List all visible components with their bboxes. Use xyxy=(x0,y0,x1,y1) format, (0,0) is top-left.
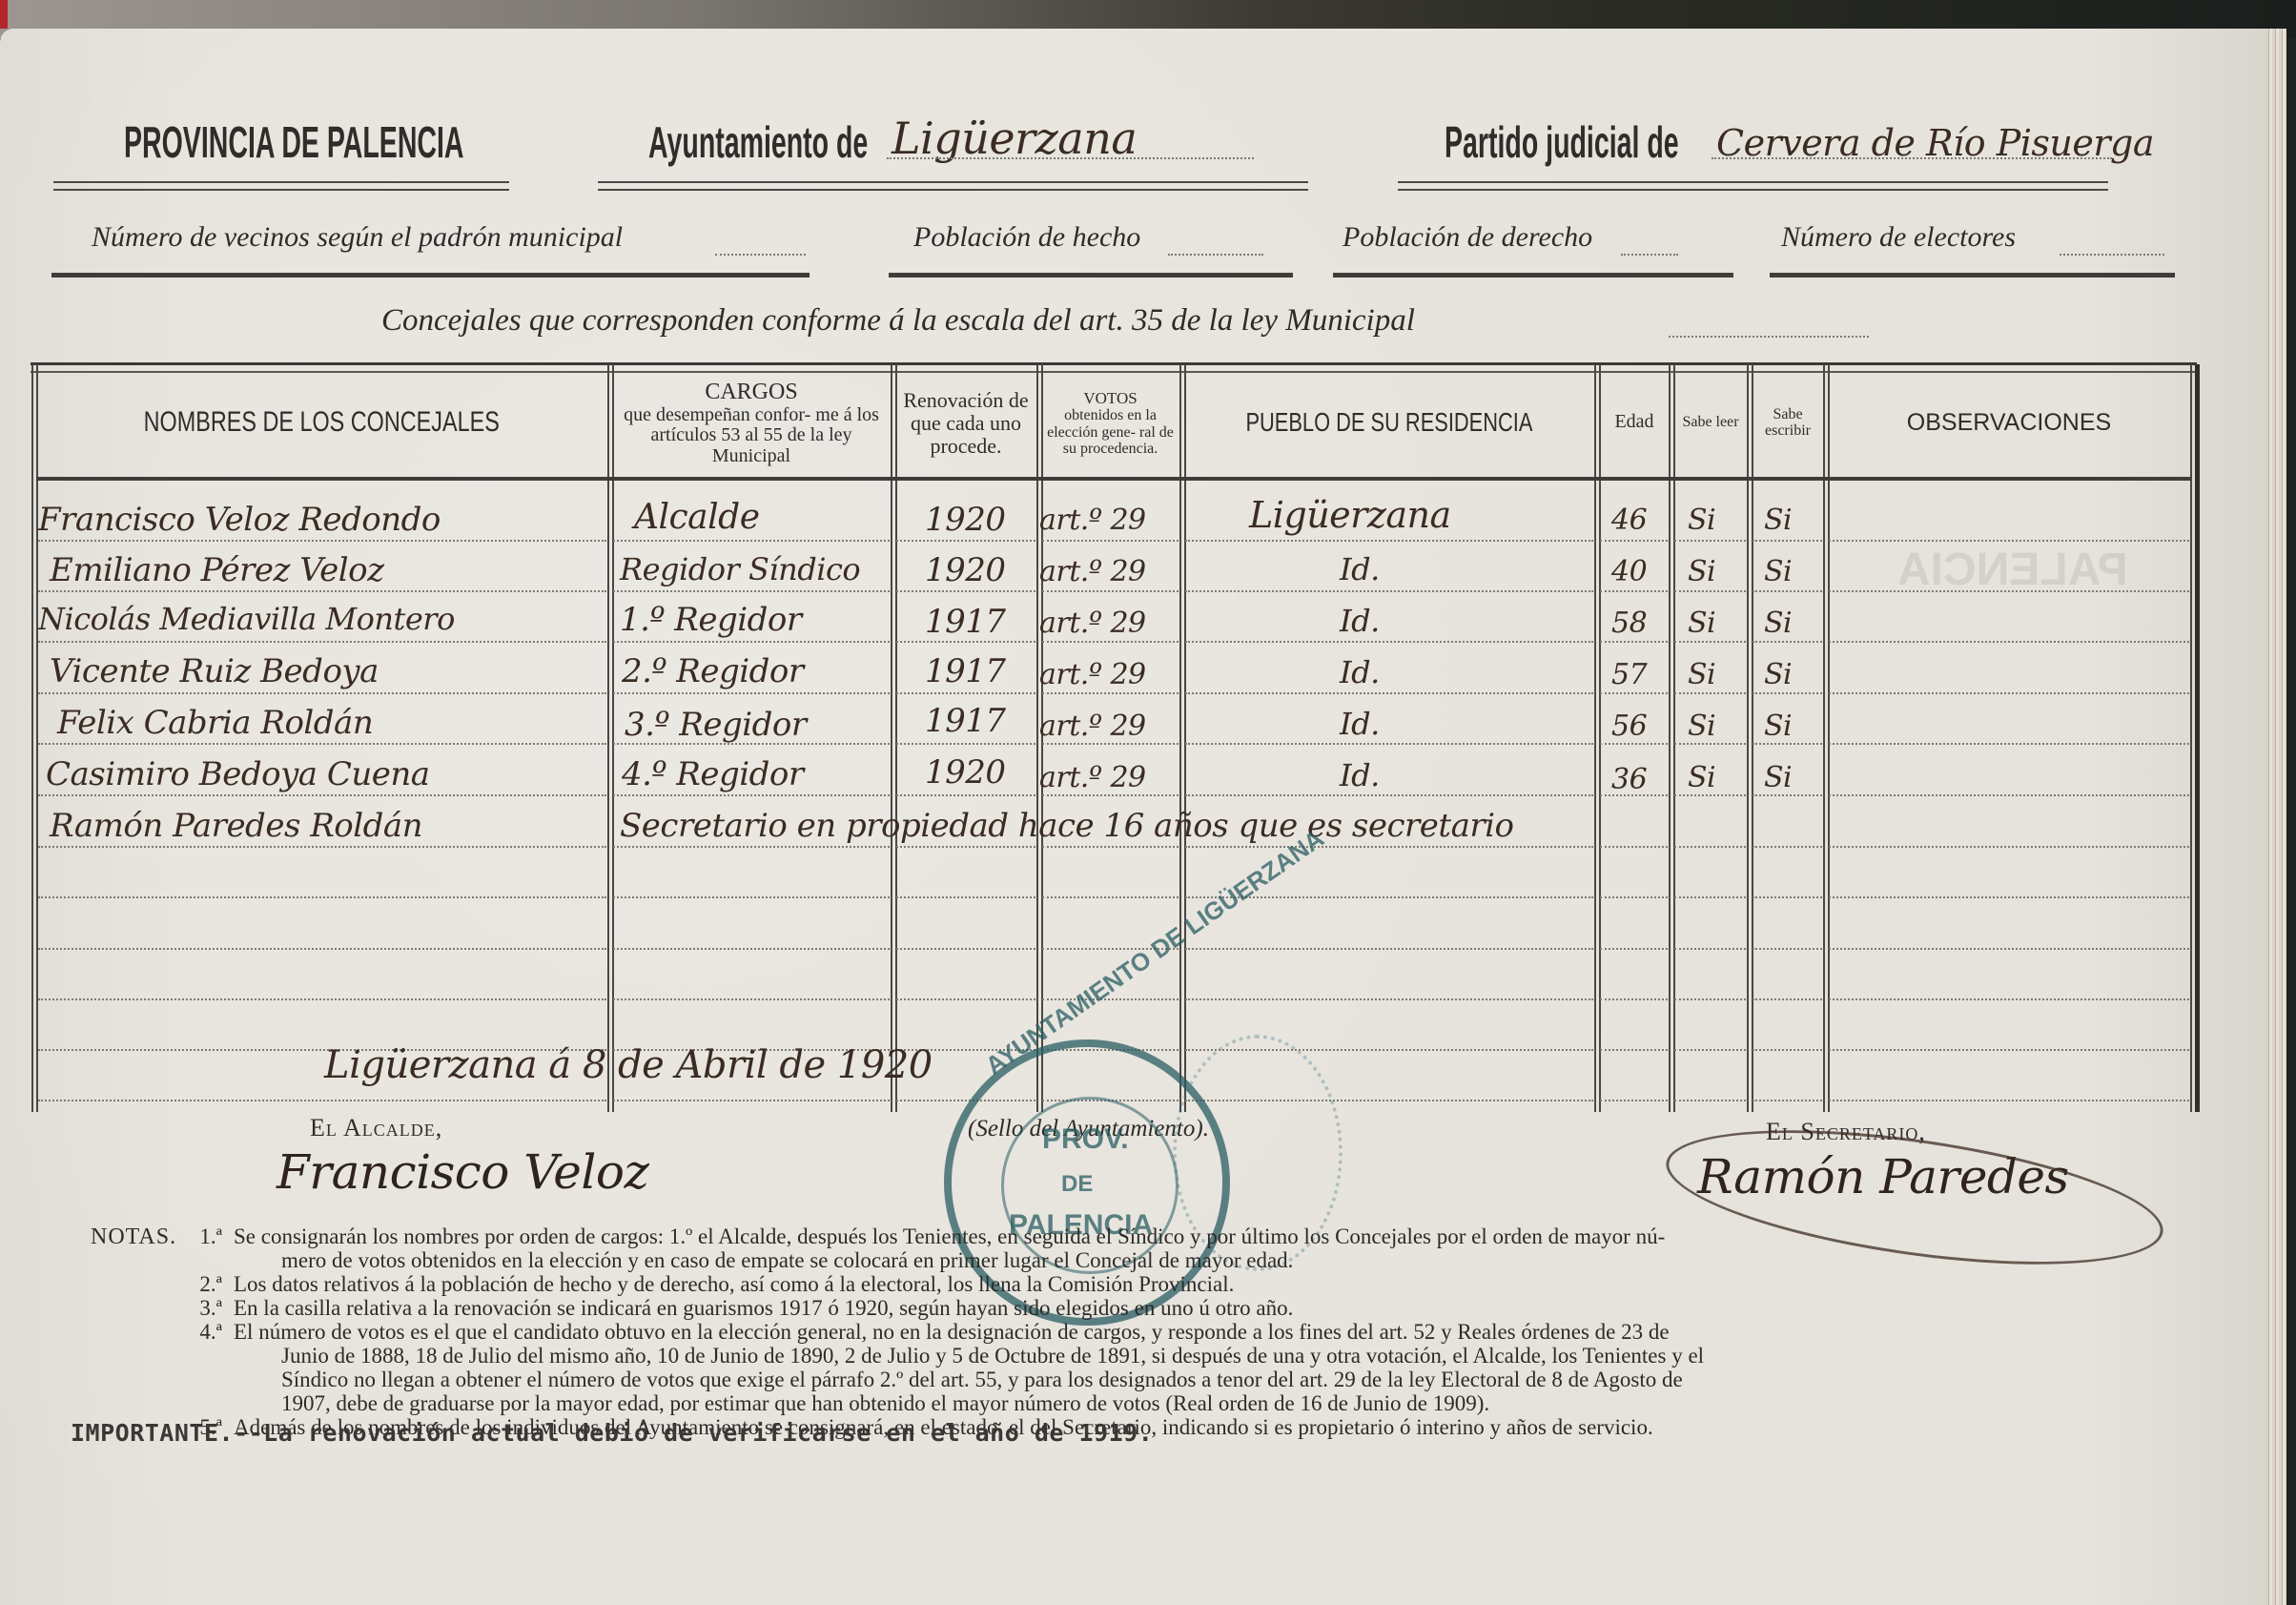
row-dotted-line xyxy=(896,794,1035,796)
row-dotted-line xyxy=(1600,590,1668,592)
row-dotted-line xyxy=(896,896,1035,898)
row-dotted-line xyxy=(38,590,606,592)
row-dotted-line xyxy=(1674,641,1746,643)
col-header-sabe-escribir-text: Sabe escribir xyxy=(1753,406,1823,440)
row-dotted-line xyxy=(896,540,1035,542)
note-text: mero de votos obtenidos en la elección y… xyxy=(281,1249,1293,1273)
row-dotted-line xyxy=(1753,1100,1822,1101)
row-dotted-line xyxy=(1674,794,1746,796)
row-dotted-line xyxy=(613,998,890,1000)
row-dotted-line xyxy=(1829,948,2189,950)
cell-secretario-note[interactable]: Secretario en propiedad hace 16 años que… xyxy=(620,807,1513,845)
cell-cargo[interactable]: Alcalde xyxy=(634,498,760,537)
cell-edad[interactable]: 57 xyxy=(1611,658,1647,691)
row-dotted-line xyxy=(38,641,606,643)
cell-edad[interactable]: 58 xyxy=(1611,607,1647,640)
note-text: El número de votos es el que el candidat… xyxy=(234,1321,1670,1345)
col-header-cargos: CARGOS que desempeñan confor- me á los a… xyxy=(613,372,890,475)
row-dotted-line xyxy=(613,846,890,848)
col-header-edad-text: Edad xyxy=(1614,412,1653,433)
cell-renovacion[interactable]: 1920 xyxy=(925,753,1006,792)
col-header-sabe-leer: Sabe leer xyxy=(1674,370,1747,475)
row-dotted-line xyxy=(896,846,1035,848)
notes-label: NOTAS. xyxy=(91,1225,176,1249)
col-header-cargos-sub: que desempeñan confor- me á los artículo… xyxy=(618,405,885,467)
ayuntamiento-label: Ayuntamiento de xyxy=(648,116,868,168)
row-dotted-line xyxy=(38,743,606,745)
row-dotted-line xyxy=(1674,1049,1746,1051)
row-dotted-line xyxy=(1829,998,2189,1000)
cell-renovacion[interactable]: 1917 xyxy=(925,652,1006,690)
row-dotted-line xyxy=(1674,540,1746,542)
note-text: 1907, debe de graduarse por la mayor eda… xyxy=(281,1392,1489,1416)
partido-label: Partido judicial de xyxy=(1445,116,1679,168)
row-dotted-line xyxy=(1185,590,1593,592)
row-dotted-line xyxy=(38,896,606,898)
cell-votos[interactable]: art.º 29 xyxy=(1039,761,1146,794)
col-header-sabe-escribir: Sabe escribir xyxy=(1753,370,1823,475)
row-dotted-line xyxy=(1185,846,1593,848)
population-rule-2 xyxy=(889,273,1293,278)
cell-edad[interactable]: 46 xyxy=(1611,504,1647,537)
row-dotted-line xyxy=(896,641,1035,643)
note-text: En la casilla relativa a la renovación s… xyxy=(234,1297,1293,1321)
poblacion-hecho-field[interactable] xyxy=(1168,254,1263,256)
row-dotted-line xyxy=(1674,743,1746,745)
row-dotted-line xyxy=(613,896,890,898)
row-dotted-line xyxy=(1829,641,2189,643)
row-dotted-line xyxy=(1600,692,1668,694)
row-dotted-line xyxy=(1042,743,1179,745)
date-line[interactable]: Ligüerzana á 8 de Abril de 1920 xyxy=(324,1043,933,1087)
row-dotted-line xyxy=(1829,896,2189,898)
row-dotted-line xyxy=(1753,641,1822,643)
row-dotted-line xyxy=(1829,540,2189,542)
row-dotted-line xyxy=(1753,948,1822,950)
ayuntamiento-value[interactable]: Ligüerzana xyxy=(892,113,1137,164)
cell-sabe-leer[interactable]: Si xyxy=(1688,555,1715,588)
row-dotted-line xyxy=(1753,743,1822,745)
note-number: 4.ª xyxy=(184,1321,222,1345)
cell-votos[interactable]: art.º 29 xyxy=(1039,658,1146,691)
page-stack-edge xyxy=(2265,29,2286,1605)
row-dotted-line xyxy=(1753,1049,1822,1051)
row-dotted-line xyxy=(1185,641,1593,643)
row-dotted-line xyxy=(38,1100,606,1101)
row-dotted-line xyxy=(1674,846,1746,848)
table-right-border xyxy=(2190,364,2200,1112)
col-header-nombres-text: NOMBRES DE LOS CONCEJALES xyxy=(144,407,500,438)
header-rule-3 xyxy=(1398,181,2108,191)
row-dotted-line xyxy=(1042,692,1179,694)
row-dotted-line xyxy=(1829,743,2189,745)
important-notice: IMPORTANTE.--La renovación actual debió … xyxy=(71,1419,1153,1447)
cell-edad[interactable]: 40 xyxy=(1611,555,1647,588)
col-header-votos-title: VOTOS xyxy=(1083,390,1137,407)
row-dotted-line xyxy=(613,948,890,950)
cell-pueblo[interactable]: Id. xyxy=(1340,603,1380,639)
row-dotted-line xyxy=(1829,794,2189,796)
population-rule-4 xyxy=(1770,273,2175,278)
cell-sabe-leer[interactable]: Si xyxy=(1688,607,1715,640)
row-dotted-line xyxy=(1674,896,1746,898)
cell-pueblo[interactable]: Id. xyxy=(1340,654,1380,690)
cell-nombre[interactable]: Vicente Ruiz Bedoya xyxy=(50,652,379,690)
row-dotted-line xyxy=(1753,692,1822,694)
row-dotted-line xyxy=(38,540,606,542)
poblacion-derecho-label: Población de derecho xyxy=(1343,221,1592,254)
row-dotted-line xyxy=(1600,1049,1668,1051)
population-rule-1 xyxy=(51,273,810,278)
row-dotted-line xyxy=(1829,846,2189,848)
row-dotted-line xyxy=(1829,1049,2189,1051)
province-title: PROVINCIA DE PALENCIA xyxy=(124,116,464,168)
row-dotted-line xyxy=(38,998,606,1000)
row-dotted-line xyxy=(1674,692,1746,694)
row-dotted-line xyxy=(1600,896,1668,898)
partido-field-line xyxy=(1712,157,2112,159)
row-dotted-line xyxy=(1753,896,1822,898)
alcalde-label: El Alcalde, xyxy=(310,1114,442,1142)
stamp-center-top: PROV. xyxy=(1042,1123,1129,1156)
bleed-through-text: PALENCIA xyxy=(1897,544,2128,596)
row-dotted-line xyxy=(613,641,890,643)
cell-nombre[interactable]: Emiliano Pérez Veloz xyxy=(50,551,384,589)
cell-renovacion[interactable]: 1920 xyxy=(925,501,1006,539)
cell-sabe-leer[interactable]: Si xyxy=(1688,710,1715,743)
cell-renovacion[interactable]: 1917 xyxy=(925,702,1006,740)
population-rule-3 xyxy=(1333,273,1733,278)
col-header-pueblo: PUEBLO DE SU RESIDENCIA xyxy=(1185,370,1593,475)
header-rule-2 xyxy=(598,181,1308,191)
cell-edad[interactable]: 36 xyxy=(1611,763,1647,796)
row-dotted-line xyxy=(1753,846,1822,848)
col-header-pueblo-text: PUEBLO DE SU RESIDENCIA xyxy=(1246,408,1533,437)
row-dotted-line xyxy=(613,1100,890,1101)
col-header-cargos-title: CARGOS xyxy=(705,381,797,405)
row-dotted-line xyxy=(1185,692,1593,694)
cell-sabe-escribir[interactable]: Si xyxy=(1764,504,1792,537)
row-dotted-line xyxy=(1753,794,1822,796)
cell-cargo[interactable]: 2.º Regidor xyxy=(622,652,804,690)
row-dotted-line xyxy=(1600,641,1668,643)
row-dotted-line xyxy=(613,794,890,796)
cell-votos[interactable]: art.º 29 xyxy=(1039,504,1146,537)
col-header-votos: VOTOS obtenidos en la elección gene- ral… xyxy=(1042,372,1179,475)
row-dotted-line xyxy=(896,590,1035,592)
cell-sabe-leer[interactable]: Si xyxy=(1688,658,1715,691)
row-dotted-line xyxy=(1753,998,1822,1000)
cell-nombre[interactable]: Casimiro Bedoya Cuena xyxy=(46,755,430,793)
row-dotted-line xyxy=(1674,590,1746,592)
row-dotted-line xyxy=(1042,846,1179,848)
row-dotted-line xyxy=(613,540,890,542)
row-dotted-line xyxy=(1185,743,1593,745)
col-header-sabe-leer-text: Sabe leer xyxy=(1682,414,1738,430)
row-dotted-line xyxy=(1753,540,1822,542)
electores-label: Número de electores xyxy=(1781,221,2016,254)
cell-nombre[interactable]: Felix Cabria Roldán xyxy=(57,704,373,742)
row-dotted-line xyxy=(1600,743,1668,745)
row-dotted-line xyxy=(1185,948,1593,950)
note-number: 3.ª xyxy=(184,1297,222,1321)
cell-cargo[interactable]: 1.º Regidor xyxy=(620,601,802,639)
poblacion-derecho-field[interactable] xyxy=(1621,254,1678,256)
cell-votos[interactable]: art.º 29 xyxy=(1039,555,1146,588)
cell-sabe-escribir[interactable]: Si xyxy=(1764,710,1792,743)
row-dotted-line xyxy=(1829,692,2189,694)
row-dotted-line xyxy=(1185,794,1593,796)
cell-votos[interactable]: art.º 29 xyxy=(1039,607,1146,640)
cell-renovacion[interactable]: 1920 xyxy=(925,551,1006,589)
cell-renovacion[interactable]: 1917 xyxy=(925,603,1006,641)
row-dotted-line xyxy=(613,590,890,592)
cell-sabe-leer[interactable]: Si xyxy=(1688,504,1715,537)
poblacion-hecho-label: Población de hecho xyxy=(913,221,1140,254)
row-dotted-line xyxy=(1042,641,1179,643)
row-dotted-line xyxy=(1600,846,1668,848)
note-text: Junio de 1888, 18 de Julio del mismo año… xyxy=(281,1345,1704,1368)
cell-pueblo[interactable]: Ligüerzana xyxy=(1249,494,1451,536)
row-dotted-line xyxy=(896,998,1035,1000)
cell-sabe-escribir[interactable]: Si xyxy=(1764,761,1792,794)
cell-edad[interactable]: 56 xyxy=(1611,710,1647,743)
col-header-renovacion: Renovación de que cada uno procede. xyxy=(896,372,1035,475)
note-text: Síndico no llegan a obtener el número de… xyxy=(281,1368,1683,1392)
note-number: 2.ª xyxy=(184,1273,222,1297)
row-dotted-line xyxy=(1042,794,1179,796)
row-dotted-line xyxy=(1600,998,1668,1000)
header-rule-1 xyxy=(53,181,509,191)
cell-sabe-escribir[interactable]: Si xyxy=(1764,555,1792,588)
cell-nombre[interactable]: Nicolás Mediavilla Montero xyxy=(38,601,455,637)
col-header-edad: Edad xyxy=(1600,370,1669,475)
vecinos-label: Número de vecinos según el padrón munici… xyxy=(92,221,623,254)
cell-cargo[interactable]: 3.º Regidor xyxy=(625,706,807,744)
vecinos-field[interactable] xyxy=(715,254,806,256)
col-header-nombres: NOMBRES DE LOS CONCEJALES xyxy=(38,370,605,475)
row-dotted-line xyxy=(613,692,890,694)
row-dotted-line xyxy=(1674,948,1746,950)
cell-cargo[interactable]: Regidor Síndico xyxy=(620,551,860,587)
note-text: Se consignarán los nombres por orden de … xyxy=(234,1225,1665,1249)
row-dotted-line xyxy=(1829,1100,2189,1101)
row-dotted-line xyxy=(1753,590,1822,592)
concejales-escala-label: Concejales que corresponden conforme á l… xyxy=(381,303,1415,339)
cell-nombre[interactable]: Francisco Veloz Redondo xyxy=(38,501,441,539)
table-header-rule xyxy=(36,477,2191,481)
concejales-escala-field[interactable] xyxy=(1669,336,1869,338)
cell-pueblo[interactable]: Id. xyxy=(1340,706,1380,742)
row-dotted-line xyxy=(38,846,606,848)
row-dotted-line xyxy=(896,692,1035,694)
stamp-center-mid: DE xyxy=(1061,1171,1093,1198)
alcalde-signature: Francisco Veloz xyxy=(277,1144,648,1200)
row-dotted-line xyxy=(1042,590,1179,592)
row-dotted-line xyxy=(1185,998,1593,1000)
col-header-votos-sub: obtenidos en la elección gene- ral de su… xyxy=(1042,407,1179,457)
cell-sabe-escribir[interactable]: Si xyxy=(1764,658,1792,691)
cell-votos[interactable]: art.º 29 xyxy=(1039,710,1146,743)
row-dotted-line xyxy=(38,692,606,694)
row-dotted-line xyxy=(1674,1100,1746,1101)
ayuntamiento-field-line xyxy=(887,157,1254,159)
col-header-renovacion-text: Renovación de que cada uno procede. xyxy=(896,389,1035,457)
row-dotted-line xyxy=(1600,948,1668,950)
note-number: 1.ª xyxy=(184,1225,222,1249)
red-binding-edge xyxy=(0,0,8,29)
row-dotted-line xyxy=(896,743,1035,745)
cell-pueblo[interactable]: Id. xyxy=(1340,551,1380,587)
row-dotted-line xyxy=(1674,998,1746,1000)
row-dotted-line xyxy=(1042,540,1179,542)
row-dotted-line xyxy=(1829,590,2189,592)
col-header-observaciones: OBSERVACIONES xyxy=(1829,370,2189,475)
cell-nombre-secretario[interactable]: Ramón Paredes Roldán xyxy=(50,807,422,845)
cell-sabe-leer[interactable]: Si xyxy=(1688,761,1715,794)
col-header-observaciones-text: OBSERVACIONES xyxy=(1907,410,2111,436)
row-dotted-line xyxy=(896,948,1035,950)
note-text: Los datos relativos á la población de he… xyxy=(234,1273,1234,1297)
row-dotted-line xyxy=(1600,540,1668,542)
row-dotted-line xyxy=(1042,896,1179,898)
cell-cargo[interactable]: 4.º Regidor xyxy=(622,755,804,793)
row-dotted-line xyxy=(38,948,606,950)
cell-pueblo[interactable]: Id. xyxy=(1340,757,1380,793)
cell-sabe-escribir[interactable]: Si xyxy=(1764,607,1792,640)
electores-field[interactable] xyxy=(2060,254,2164,256)
row-dotted-line xyxy=(1600,1100,1668,1101)
row-dotted-line xyxy=(38,794,606,796)
row-dotted-line xyxy=(1185,540,1593,542)
